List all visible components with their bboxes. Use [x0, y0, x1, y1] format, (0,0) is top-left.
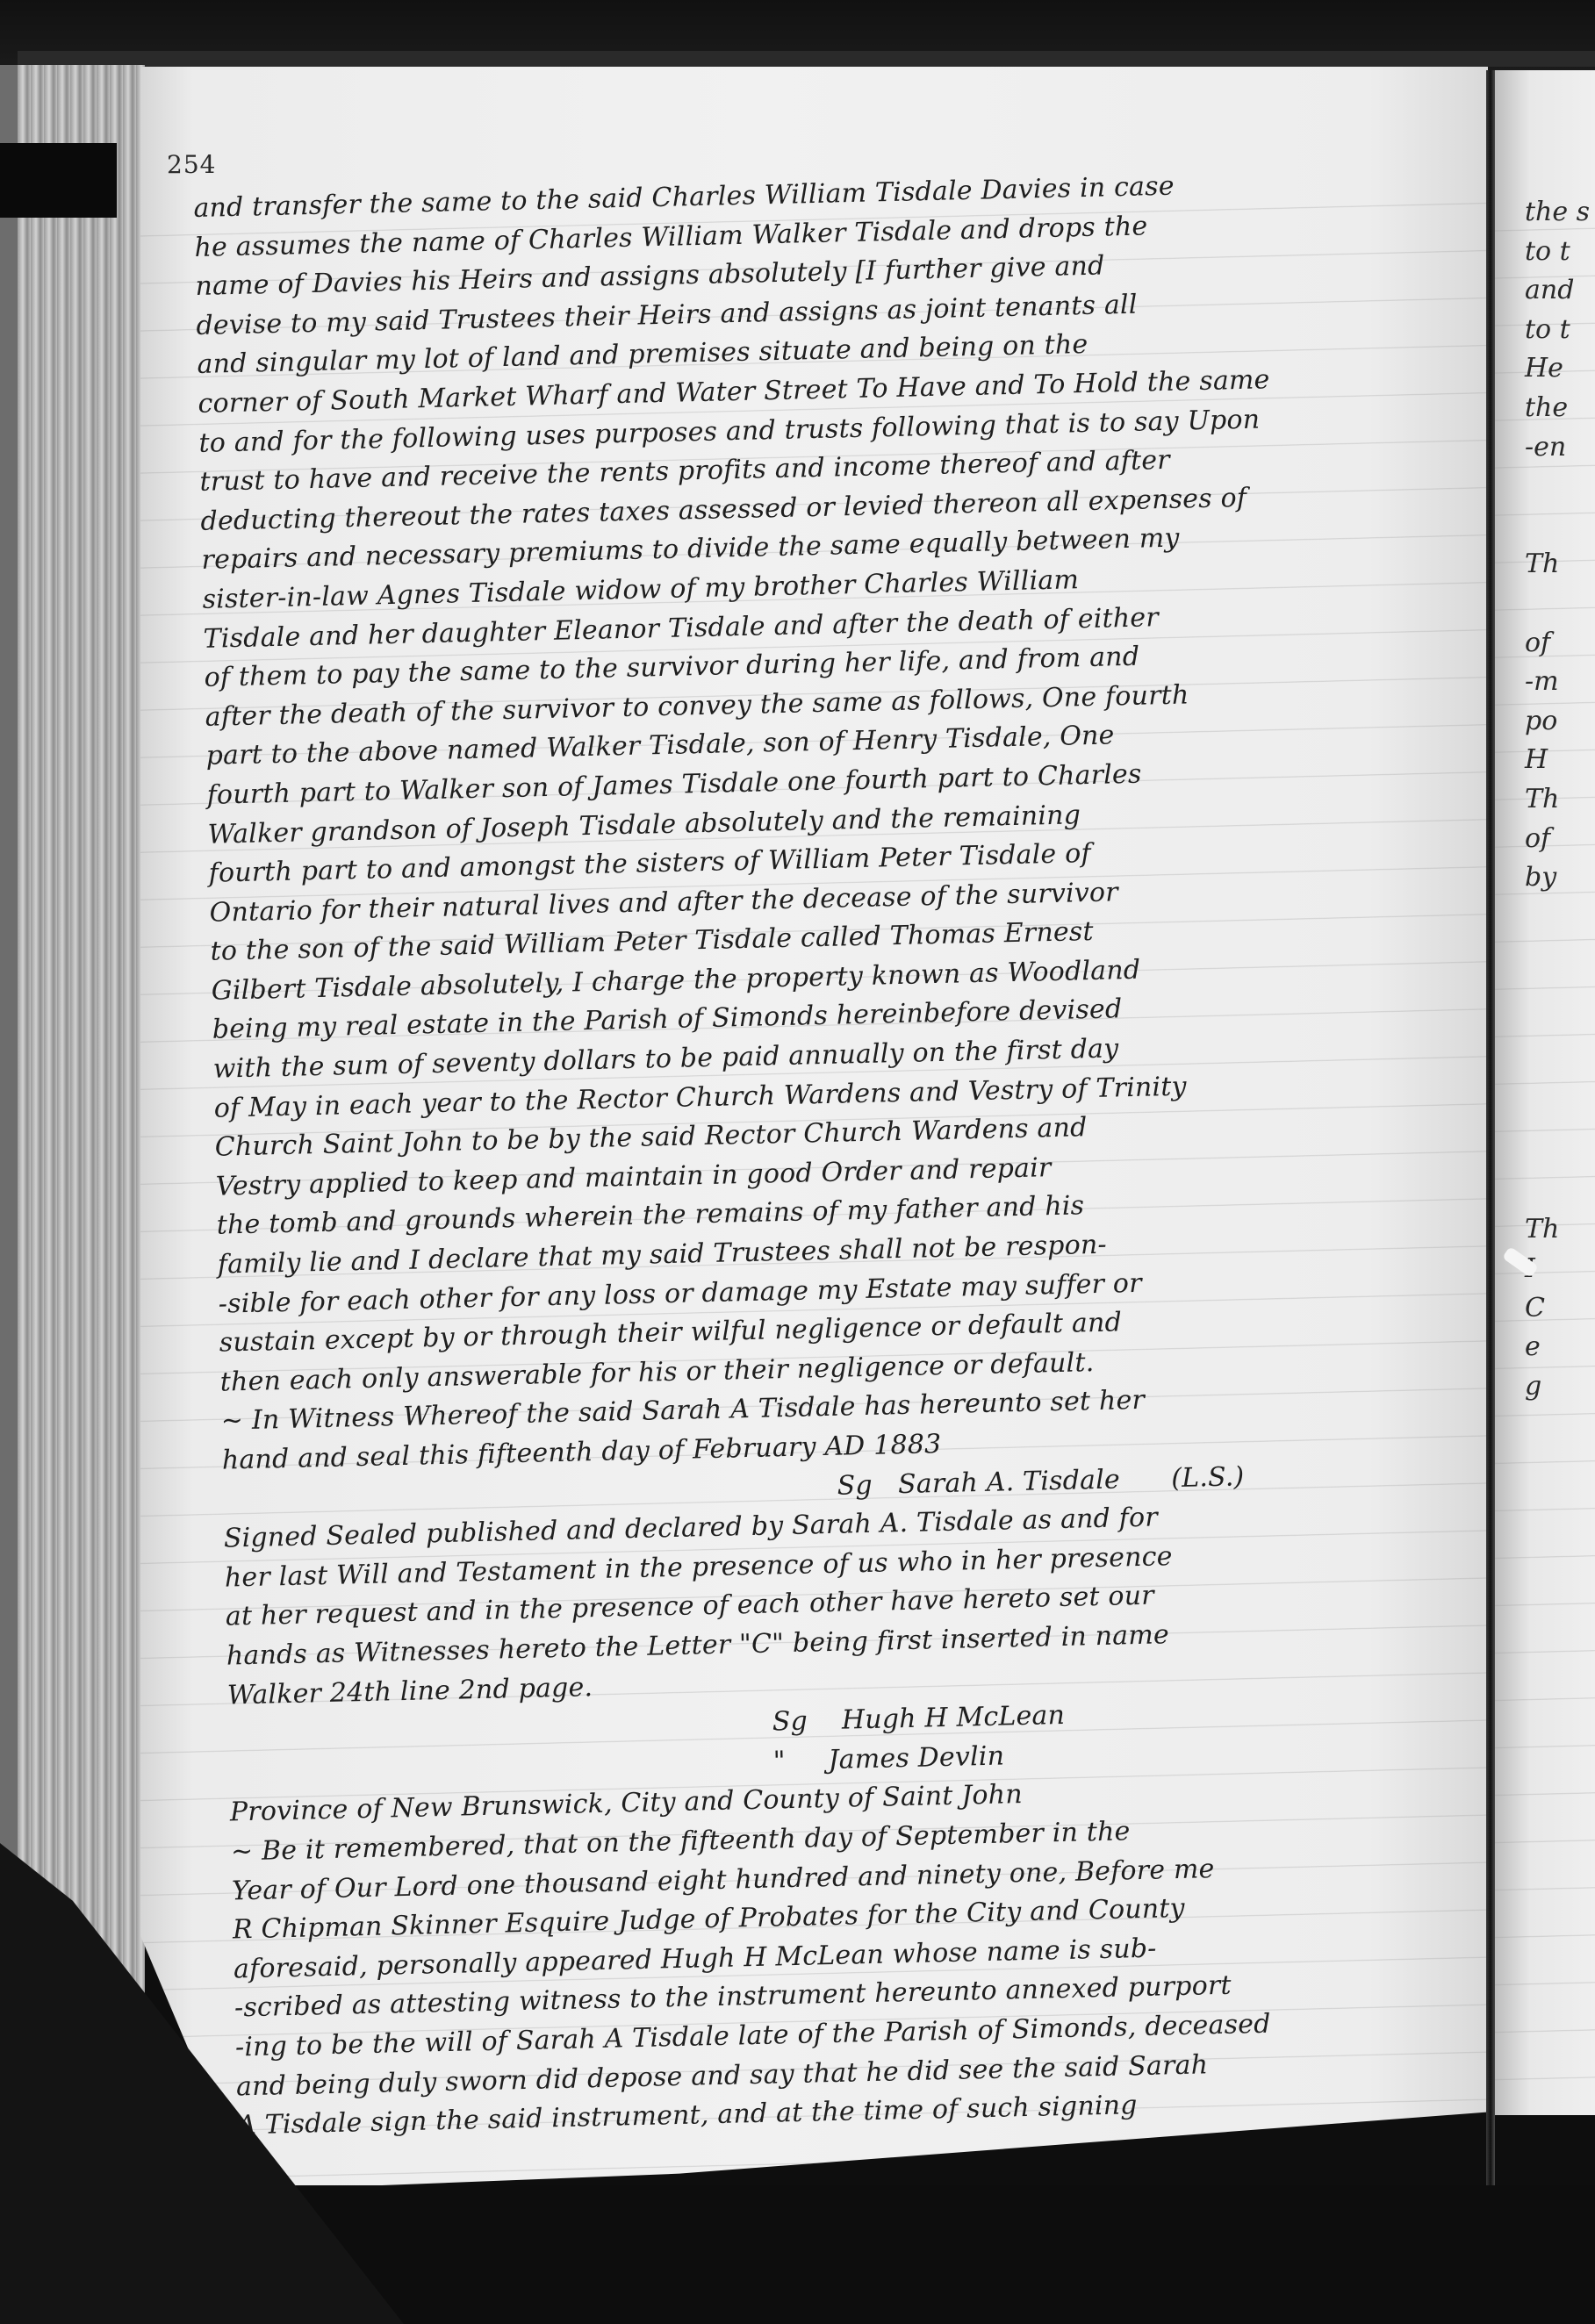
will-text: and transfer the same to the said Charle… — [193, 161, 1488, 2147]
text-fragment: the s — [1525, 193, 1590, 233]
text-fragment: by — [1525, 858, 1590, 898]
text-fragment — [1525, 1054, 1590, 1094]
signature-prefix: Sg — [837, 1469, 873, 1501]
text-fragment: He — [1525, 349, 1590, 389]
text-fragment — [1525, 936, 1590, 976]
witness-name: Hugh H McLean — [841, 1700, 1065, 1736]
text-fragment: e — [1525, 1328, 1590, 1367]
text-fragment: the — [1525, 389, 1590, 428]
text-fragment: of — [1525, 624, 1590, 663]
witness-prefix: Sg — [772, 1706, 808, 1738]
text-fragment: to t — [1525, 233, 1590, 272]
page-stack-edge — [18, 65, 145, 1996]
text-fragment: C — [1525, 1289, 1590, 1329]
book-top-edge — [18, 51, 1595, 67]
seal-mark: (L.S.) — [1171, 1461, 1245, 1494]
text-fragment: to t — [1525, 311, 1590, 350]
text-fragment: Th — [1525, 780, 1590, 820]
left-page: 254 and transfer the same to the said Ch… — [140, 67, 1488, 2191]
text-fragment: g — [1525, 1367, 1590, 1407]
text-fragment — [1525, 506, 1590, 546]
text-fragment — [1525, 976, 1590, 1015]
text-fragment — [1525, 1132, 1590, 1172]
text-fragment — [1525, 585, 1590, 624]
text-fragment — [1525, 1015, 1590, 1054]
text-fragment: and — [1525, 271, 1590, 311]
black-tab-marker — [0, 143, 117, 218]
text-fragment: po — [1525, 702, 1590, 742]
text-fragment — [1525, 1094, 1590, 1133]
book-gutter — [1486, 70, 1495, 2194]
text-fragment — [1525, 1172, 1590, 1211]
witness-prefix: " — [772, 1746, 786, 1776]
right-page-text-fragments: the s to t and to t He the -en Th of -m … — [1525, 193, 1590, 1406]
text-fragment: Th — [1525, 1210, 1590, 1250]
page-number: 254 — [167, 150, 216, 179]
witness-name: James Devlin — [828, 1740, 1004, 1775]
signature-name: Sarah A. Tisdale — [898, 1464, 1121, 1500]
text-fragment: -en — [1525, 428, 1590, 468]
text-fragment: Th — [1525, 545, 1590, 585]
text-fragment: -m — [1525, 663, 1590, 702]
text-fragment: H — [1525, 741, 1590, 780]
text-fragment — [1525, 467, 1590, 506]
right-page: the s to t and to t He the -en Th of -m … — [1495, 70, 1595, 2115]
text-fragment: of — [1525, 820, 1590, 859]
text-fragment — [1525, 898, 1590, 937]
